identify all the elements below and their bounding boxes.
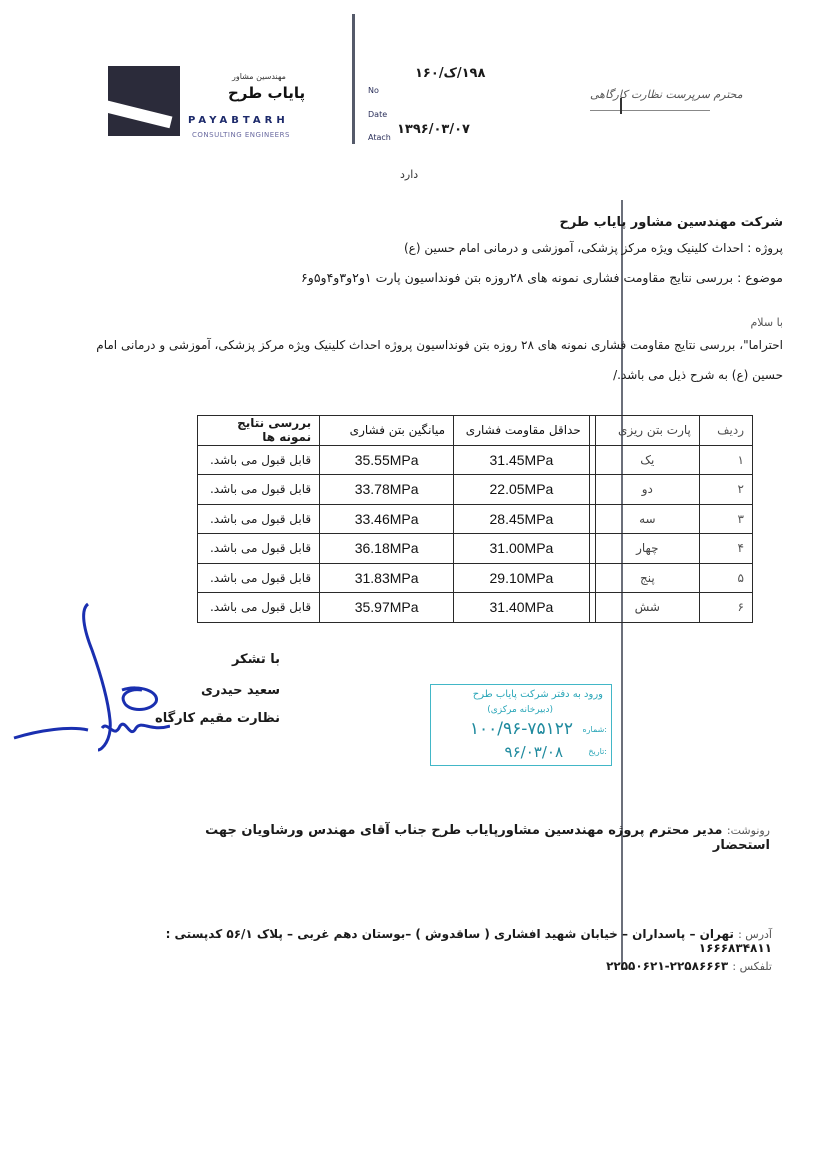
address-text: تهران – پاسداران – خیابان شهید افشاری ( … (166, 927, 772, 955)
table-row: ۱ یک 31.45MPa 35.55MPa قابل قبول می باشد… (198, 445, 753, 475)
subject-line: موضوع : بررسی نتایج مقاومت فشاری نمونه ه… (250, 270, 783, 285)
cell-result: قابل قبول می باشد. (198, 445, 320, 475)
address-label: آدرس : (738, 928, 772, 941)
header-index: ردیف (699, 416, 752, 446)
header-gap (589, 416, 595, 446)
cell-avg-strength: 35.55MPa (320, 445, 454, 475)
cell-part: چهار (595, 534, 699, 564)
cell-part: یک (595, 445, 699, 475)
table-row: ۴ چهار 31.00MPa 36.18MPa قابل قبول می با… (198, 534, 753, 564)
letter-number: ۱۹۸/ک/۱۶۰ (415, 66, 485, 81)
receipt-stamp: ورود به دفتر شرکت پایاب طرح (دبیرخانه مر… (430, 684, 612, 766)
table-row: ۶ شش 31.40MPa 35.97MPa قابل قبول می باشد… (198, 593, 753, 623)
cell-min-strength: 22.05MPa (454, 475, 590, 505)
cell-part: سه (595, 504, 699, 534)
cell-result: قابل قبول می باشد. (198, 593, 320, 623)
attach-label: Atach (368, 133, 391, 142)
logo-tagline: CONSULTING ENGINEERS (192, 131, 290, 139)
table-row: ۳ سه 28.45MPa 33.46MPa قابل قبول می باشد… (198, 504, 753, 534)
handwritten-note: محترم سرپرست نظارت کارگاهی (590, 88, 743, 101)
date-label: Date (368, 110, 387, 119)
letter-date: ۱۳۹۶/۰۳/۰۷ (397, 122, 470, 137)
cell-min-strength: 31.00MPa (454, 534, 590, 564)
cell-avg-strength: 33.46MPa (320, 504, 454, 534)
handwritten-underline (590, 110, 710, 111)
cell-index: ۱ (699, 445, 752, 475)
table-row: ۵ پنج 29.10MPa 31.83MPa قابل قبول می باش… (198, 563, 753, 593)
stamp-date-label: تاریخ: (588, 747, 607, 756)
cell-part: پنج (595, 563, 699, 593)
greeting: با سلام (700, 316, 783, 329)
logo-subtitle: مهندسین مشاور (232, 72, 286, 81)
cell-min-strength: 28.45MPa (454, 504, 590, 534)
cell-avg-strength: 35.97MPa (320, 593, 454, 623)
header-part: پارت بتن ریزی (595, 416, 699, 446)
project-line: پروژه : احداث کلینیک ویژه مرکز پزشکی، آم… (290, 241, 783, 255)
address-line: آدرس : تهران – پاسداران – خیابان شهید اف… (110, 927, 772, 955)
stamp-number: ۱۰۰/۹۶-۷۵۱۲۲ (470, 719, 573, 739)
cell-min-strength: 29.10MPa (454, 563, 590, 593)
cell-index: ۲ (699, 475, 752, 505)
cell-result: قابل قبول می باشد. (198, 563, 320, 593)
recipient: شرکت مهندسین مشاور پایاب طرح (290, 215, 783, 230)
body-paragraph: احتراما"، بررسی نتایج مقاومت فشاری نمونه… (95, 330, 783, 390)
cell-index: ۵ (699, 563, 752, 593)
cell-index: ۴ (699, 534, 752, 564)
cell-index: ۶ (699, 593, 752, 623)
cc-label: رونوشت: (727, 824, 770, 837)
stamp-subtitle: (دبیرخانه مرکزی) (487, 705, 553, 715)
cell-result: قابل قبول می باشد. (198, 534, 320, 564)
logo-name-fa: پایاب طرح (228, 84, 305, 102)
cell-result: قابل قبول می باشد. (198, 504, 320, 534)
cell-avg-strength: 31.83MPa (320, 563, 454, 593)
signer-name: سعید حیدری (160, 683, 280, 698)
scan-artifact-line (352, 14, 355, 144)
phone-line: تلفکس : ۲۲۵۸۶۶۶۳-۲۲۵۵۰۶۲۱ (300, 959, 772, 973)
closing-thanks: با تشکر (160, 652, 280, 667)
cell-index: ۳ (699, 504, 752, 534)
cell-avg-strength: 36.18MPa (320, 534, 454, 564)
cell-part: شش (595, 593, 699, 623)
cell-min-strength: 31.45MPa (454, 445, 590, 475)
no-label: No (368, 86, 379, 95)
cell-avg-strength: 33.78MPa (320, 475, 454, 505)
attachment-value: دارد (400, 168, 418, 181)
cell-min-strength: 31.40MPa (454, 593, 590, 623)
cell-part: دو (595, 475, 699, 505)
header-avg-strength: میانگین بتن فشاری (320, 416, 454, 446)
company-logo-icon (108, 66, 180, 136)
header-min-strength: حداقل مقاومت فشاری (454, 416, 590, 446)
cc-line: رونوشت: مدیر محترم پروژه مهندسین مشاورپا… (160, 823, 770, 853)
phone-label: تلفکس : (732, 960, 772, 973)
results-table: ردیف پارت بتن ریزی حداقل مقاومت فشاری می… (197, 415, 753, 623)
handwritten-mark (620, 98, 622, 114)
header-result: بررسی نتایج نمونه ها (198, 416, 320, 446)
signer-role: نظارت مقیم کارگاه (140, 711, 280, 726)
table-header-row: ردیف پارت بتن ریزی حداقل مقاومت فشاری می… (198, 416, 753, 446)
stamp-title: ورود به دفتر شرکت پایاب طرح (473, 689, 603, 700)
signature-icon (10, 600, 170, 760)
table-row: ۲ دو 22.05MPa 33.78MPa قابل قبول می باشد… (198, 475, 753, 505)
cc-text: مدیر محترم پروژه مهندسین مشاورپایاب طرح … (205, 823, 770, 853)
stamp-number-label: شماره: (582, 725, 607, 734)
stamp-date: ۹۶/۰۳/۰۸ (505, 743, 563, 761)
cell-result: قابل قبول می باشد. (198, 475, 320, 505)
phone-text: ۲۲۵۸۶۶۶۳-۲۲۵۵۰۶۲۱ (606, 959, 728, 973)
logo-name-en: PAYABTARH (188, 115, 289, 126)
